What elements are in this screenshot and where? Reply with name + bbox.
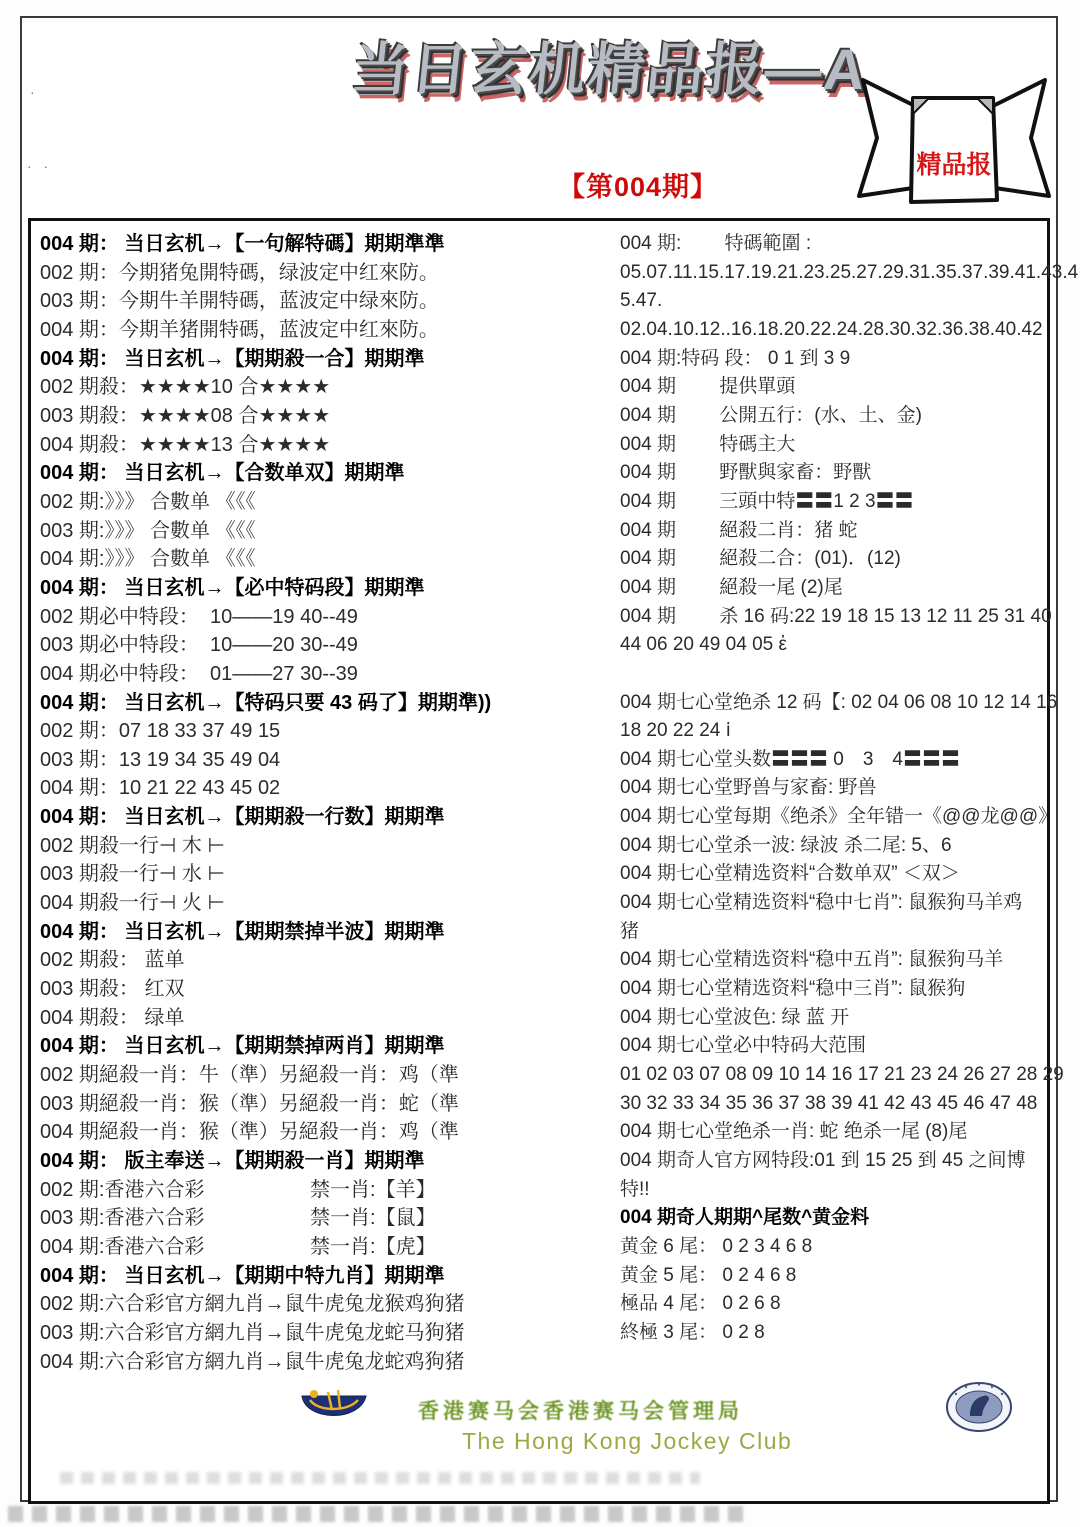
text-row: 003 期殺： 红双 bbox=[40, 975, 610, 1004]
text-row: 004 期:六合彩官方網九肖→鼠牛虎兔龙蛇鸡狗猪 bbox=[40, 1348, 610, 1377]
issue-number-label: 【第004期】 bbox=[528, 165, 748, 204]
text-row: 05.07.11.15.17.19.21.23.25.27.29.31.35.3… bbox=[620, 259, 1048, 288]
jockey-club-horse-logo bbox=[944, 1380, 1014, 1434]
text-row: 004 期絕殺一肖：猴（準）另絕殺一肖：鸡（準 bbox=[40, 1118, 610, 1147]
text-row: 003 期:》》》 合數单 《《《 bbox=[40, 517, 610, 546]
right-column: 004 期: 特碼範圍 :05.07.11.15.17.19.21.23.25.… bbox=[620, 230, 1048, 1348]
text-row: 004 期： 当日玄机→【一句解特碼】期期準準 bbox=[40, 230, 610, 259]
text-row: 002 期殺一行⊣ 木 ⊢ bbox=[40, 832, 610, 861]
text-row: 004 期七心堂每期《绝杀》全年错一《@@龙@@》 bbox=[620, 803, 1048, 832]
text-row: 5.47. bbox=[620, 287, 1048, 316]
text-row: 004 期： 当日玄机→【期期中特九肖】期期準 bbox=[40, 1262, 610, 1291]
text-row: 003 期:香港六合彩 禁一肖:【鼠】 bbox=[40, 1204, 610, 1233]
stray-dot-mark: · bbox=[30, 84, 35, 100]
text-row: 004 期 絕殺二合：(01)．(12) bbox=[620, 545, 1048, 574]
text-row: 002 期：07 18 33 37 49 15 bbox=[40, 717, 610, 746]
text-row: 002 期殺：★★★★10 合★★★★ bbox=[40, 373, 610, 402]
text-row: 004 期 提供單頭 bbox=[620, 373, 1048, 402]
text-row: 004 期： 当日玄机→【期期禁掉两肖】期期準 bbox=[40, 1032, 610, 1061]
ribbon-label: 精品报 bbox=[916, 150, 991, 179]
text-row: 極品 4 尾： 0 2 6 8 bbox=[620, 1290, 1048, 1319]
jockey-club-bowl-logo bbox=[298, 1386, 370, 1428]
text-row: 004 期:》》》 合數单 《《《 bbox=[40, 545, 610, 574]
text-row: 004 期七心堂精选资料“合数单双” ＜双＞ bbox=[620, 860, 1048, 889]
text-row: 004 期奇人期期^尾数^黄金料 bbox=[620, 1204, 1048, 1233]
text-row: 003 期:六合彩官方網九肖→鼠牛虎兔龙蛇马狗猪 bbox=[40, 1319, 610, 1348]
text-row: 004 期七心堂波色: 绿 蓝 开 bbox=[620, 1004, 1048, 1033]
text-row: 004 期七心堂精选资料“稳中五肖”: 鼠猴狗马羊 bbox=[620, 946, 1048, 975]
text-row: 002 期:香港六合彩 禁一肖:【羊】 bbox=[40, 1176, 610, 1205]
text-row: 004 期 絕殺二肖：猪 蛇 bbox=[620, 517, 1048, 546]
tabloid-page: 当日玄机精品报—A · · · 精品报 【第004期】 004 期： 当日玄机→… bbox=[0, 0, 1080, 1527]
text-row: 004 期： 当日玄机→【期期殺一行数】期期準 bbox=[40, 803, 610, 832]
text-row: 004 期七心堂杀一波: 绿波 杀二尾: 5、6 bbox=[620, 832, 1048, 861]
text-row: 004 期殺： 绿单 bbox=[40, 1004, 610, 1033]
text-row: 004 期 公開五行：(水、土、金) bbox=[620, 402, 1048, 431]
text-row: 02.04.10.12..16.18.20.22.24.28.30.32.36.… bbox=[620, 316, 1048, 345]
text-row: 004 期 絕殺一尾 (2)尾 bbox=[620, 574, 1048, 603]
text-row: 004 期七心堂精选资料“稳中七肖”: 鼠猴狗马羊鸡 bbox=[620, 889, 1048, 918]
text-row: 004 期： 当日玄机→【必中特码段】期期準 bbox=[40, 574, 610, 603]
text-row: 002 期必中特段： 10——19 40--49 bbox=[40, 603, 610, 632]
faint-print-artifact bbox=[60, 1472, 700, 1484]
text-row: 004 期 三頭中特〓〓1 2 3〓〓 bbox=[620, 488, 1048, 517]
text-row: 30 32 33 34 35 36 37 38 39 41 42 43 45 4… bbox=[620, 1090, 1048, 1119]
cutoff-bottom-text-artifact bbox=[8, 1506, 748, 1522]
text-row: 003 期絕殺一肖：猴（準）另絕殺一肖：蛇（準 bbox=[40, 1090, 610, 1119]
text-row: 黄金 6 尾： 0 2 3 4 6 8 bbox=[620, 1233, 1048, 1262]
text-row: 003 期：13 19 34 35 49 04 bbox=[40, 746, 610, 775]
text-row: 004 期 特碼主大 bbox=[620, 431, 1048, 460]
jockey-club-chinese-name: 香港赛马会香港赛马会管理局 bbox=[418, 1395, 778, 1425]
text-row: 004 期：今期羊猪開特碼，蓝波定中红來防。 bbox=[40, 316, 610, 345]
text-row: 004 期七心堂绝杀一肖: 蛇 绝杀一尾 (8)尾 bbox=[620, 1118, 1048, 1147]
text-row: 004 期： 当日玄机→【合数单双】期期準 bbox=[40, 459, 610, 488]
ribbon-banner-icon: 精品报 bbox=[853, 68, 1055, 218]
text-row: 003 期必中特段： 10——20 30--49 bbox=[40, 631, 610, 660]
text-row: 004 期： 当日玄机→【特码只要 43 码了】期期準)) bbox=[40, 689, 610, 718]
text-row: 004 期殺一行⊣ 火 ⊢ bbox=[40, 889, 610, 918]
left-column: 004 期： 当日玄机→【一句解特碼】期期準準002 期：今期猪兔開特碼，绿波定… bbox=[40, 230, 610, 1376]
text-row: 終極 3 尾： 0 2 8 bbox=[620, 1319, 1048, 1348]
text-row: 002 期殺： 蓝单 bbox=[40, 946, 610, 975]
page-title: 当日玄机精品报—A bbox=[296, 24, 925, 106]
text-row: 44 06 20 49 04 05 ἐ bbox=[620, 631, 1048, 660]
text-row: 004 期： 当日玄机→【期期殺一合】期期準 bbox=[40, 345, 610, 374]
text-row: 004 期七心堂头数〓〓〓 0 3 4〓〓〓 bbox=[620, 746, 1048, 775]
text-row: 003 期殺一行⊣ 水 ⊢ bbox=[40, 860, 610, 889]
text-row: 004 期七心堂绝杀 12 码【: 02 04 06 08 10 12 14 1… bbox=[620, 689, 1048, 718]
text-row: 004 期：10 21 22 43 45 02 bbox=[40, 774, 610, 803]
text-row: 18 20 22 24 ⅰ bbox=[620, 717, 1048, 746]
text-row: 004 期:香港六合彩 禁一肖:【虎】 bbox=[40, 1233, 610, 1262]
text-row: 004 期 杀 16 码:22 19 18 15 13 12 11 25 31 … bbox=[620, 603, 1048, 632]
text-row: 004 期七心堂必中特码大范围 bbox=[620, 1032, 1048, 1061]
text-row: 002 期:》》》 合數单 《《《 bbox=[40, 488, 610, 517]
text-row: 002 期:六合彩官方網九肖→鼠牛虎兔龙猴鸡狗猪 bbox=[40, 1290, 610, 1319]
text-row: 004 期七心堂精选资料“稳中三肖”: 鼠猴狗 bbox=[620, 975, 1048, 1004]
stray-dots-mark: · · bbox=[27, 158, 52, 174]
text-row: 002 期：今期猪兔開特碼，绿波定中红來防。 bbox=[40, 259, 610, 288]
text-row: 004 期奇人官方网特段:01 到 15 25 到 45 之间博 bbox=[620, 1147, 1048, 1176]
text-row: 01 02 03 07 08 09 10 14 16 17 21 23 24 2… bbox=[620, 1061, 1048, 1090]
jockey-club-english-name: The Hong Kong Jockey Club bbox=[462, 1428, 802, 1455]
text-row: 猪 bbox=[620, 918, 1048, 947]
text-row: 004 期殺：★★★★13 合★★★★ bbox=[40, 431, 610, 460]
text-row: 特!! bbox=[620, 1176, 1048, 1205]
text-row: 002 期絕殺一肖：牛（準）另絕殺一肖：鸡（準 bbox=[40, 1061, 610, 1090]
text-row: 004 期:特码 段： 0 1 到 3 9 bbox=[620, 345, 1048, 374]
text-row: 004 期： 当日玄机→【期期禁掉半波】期期準 bbox=[40, 918, 610, 947]
text-row: 004 期： 版主奉送→【期期殺一肖】期期準 bbox=[40, 1147, 610, 1176]
text-row: 004 期必中特段： 01——27 30--39 bbox=[40, 660, 610, 689]
text-row bbox=[620, 660, 1048, 689]
text-row: 004 期: 特碼範圍 : bbox=[620, 230, 1048, 259]
text-row: 003 期殺：★★★★08 合★★★★ bbox=[40, 402, 610, 431]
text-row: 003 期：今期牛羊開特碼，蓝波定中绿來防。 bbox=[40, 287, 610, 316]
text-row: 004 期七心堂野兽与家畜: 野兽 bbox=[620, 774, 1048, 803]
text-row: 黄金 5 尾： 0 2 4 6 8 bbox=[620, 1262, 1048, 1291]
text-row: 004 期 野獸與家畜：野獸 bbox=[620, 459, 1048, 488]
